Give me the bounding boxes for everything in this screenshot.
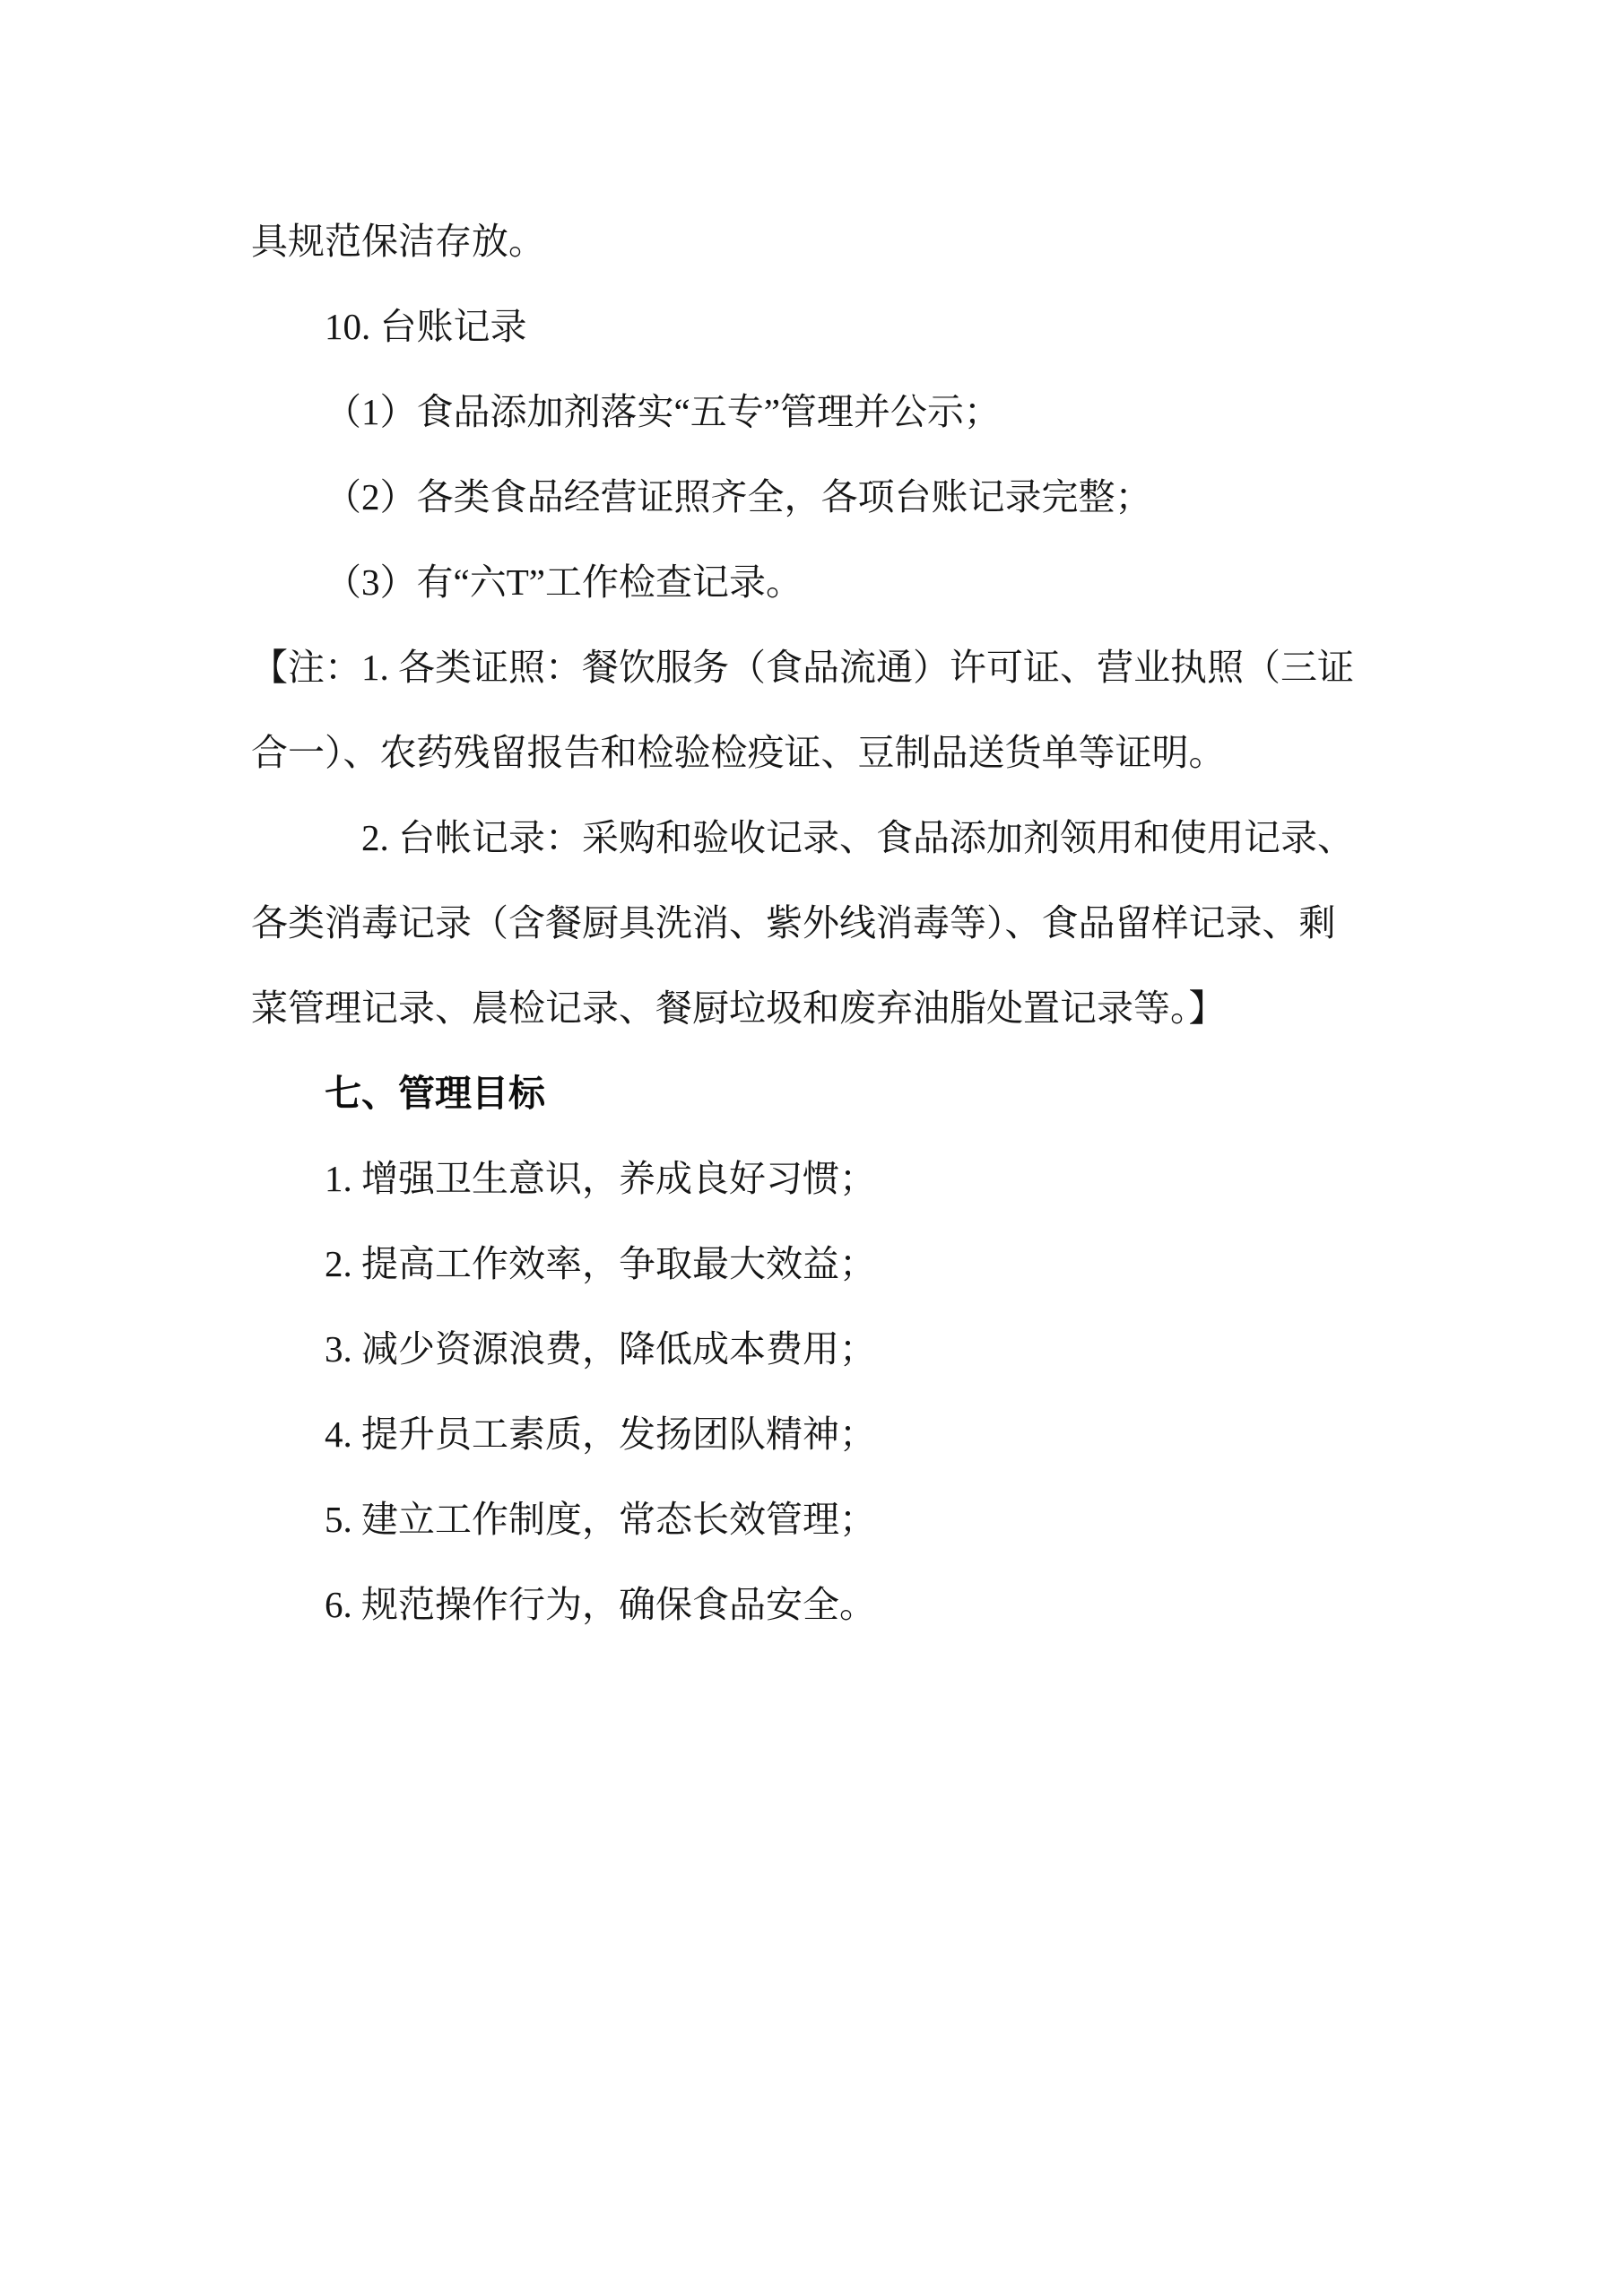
note-line-2: 合一）、农药残留报告和检验检疫证、豆制品送货单等证明。 [251,710,1417,796]
note-line-3: 2. 台帐记录：采购和验收记录、食品添加剂领用和使用记录、 [251,796,1417,881]
continuation-text: 具规范保洁存放。 [251,199,1417,284]
document-body: 具规范保洁存放。 10. 台账记录 （1）食品添加剂落实“五专”管理并公示； （… [251,199,1417,1648]
goal-item-1: 1. 增强卫生意识，养成良好习惯； [251,1136,1417,1222]
note-line-4: 各类消毒记录（含餐厨具洗消、紫外线消毒等）、食品留样记录、剩 [251,881,1417,966]
goal-item-4: 4. 提升员工素质，发扬团队精神； [251,1392,1417,1477]
goal-item-2: 2. 提高工作效率，争取最大效益； [251,1222,1417,1307]
section-heading: 七、管理目标 [251,1051,1417,1136]
note-line-1: 【注：1. 各类证照：餐饮服务（食品流通）许可证、营业执照（三证 [251,625,1417,710]
ledger-heading: 10. 台账记录 [251,284,1417,370]
goal-item-6: 6. 规范操作行为，确保食品安全。 [251,1562,1417,1648]
ledger-item-2: （2）各类食品经营证照齐全，各项台账记录完整； [251,455,1417,540]
document-page: 具规范保洁存放。 10. 台账记录 （1）食品添加剂落实“五专”管理并公示； （… [0,0,1623,2296]
note-line-5: 菜管理记录、晨检记录、餐厨垃圾和废弃油脂处置记录等。】 [251,966,1417,1051]
goal-item-3: 3. 减少资源浪费，降低成本费用； [251,1307,1417,1392]
ledger-item-1: （1）食品添加剂落实“五专”管理并公示； [251,370,1417,455]
goal-item-5: 5. 建立工作制度，常态长效管理； [251,1477,1417,1562]
ledger-item-3: （3）有“六T”工作检查记录。 [251,540,1417,625]
